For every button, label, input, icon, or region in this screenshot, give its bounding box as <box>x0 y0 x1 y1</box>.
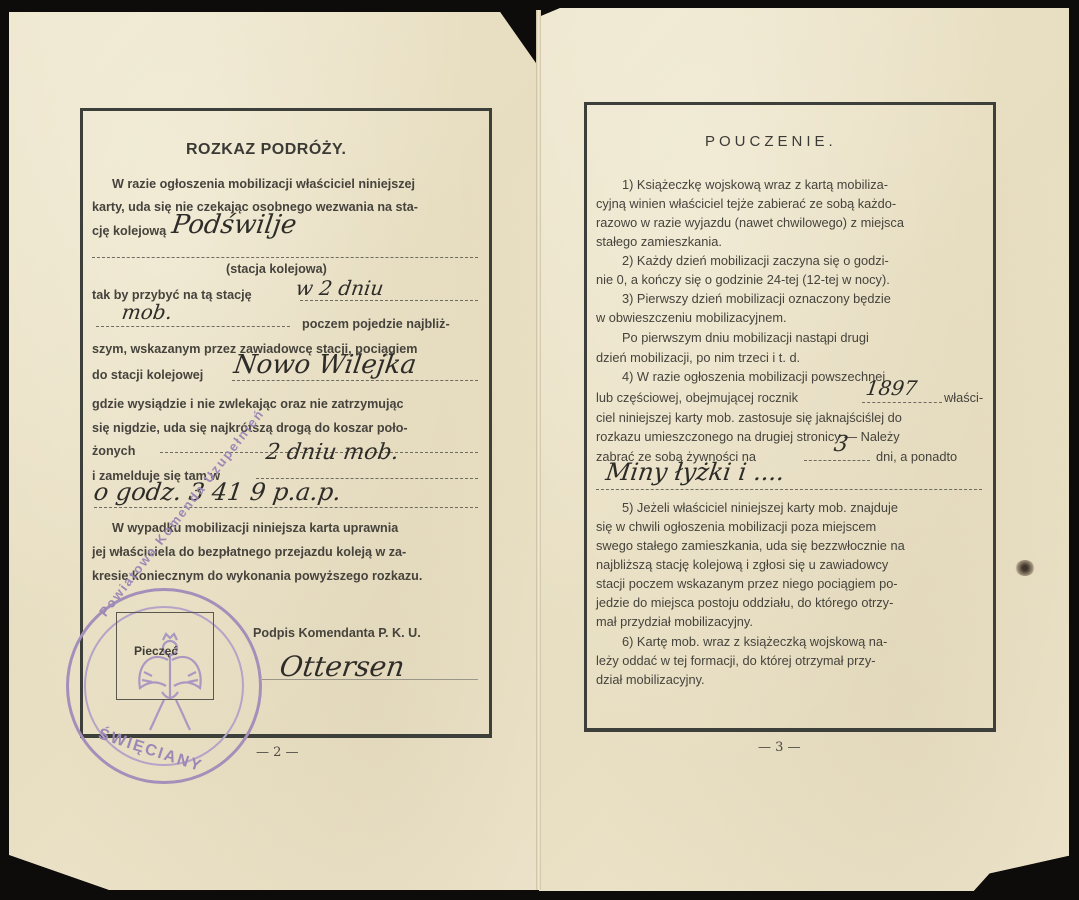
left-page-title: ROZKAZ PODRÓŻY. <box>186 141 346 159</box>
text-line: 1) Książeczkę wojskową wraz z kartą mobi… <box>622 177 888 192</box>
fill-line <box>94 507 478 508</box>
handwritten-arrival-day: w 2 dniu <box>294 276 385 300</box>
text-line: do stacji kolejowej <box>92 368 203 382</box>
handwritten-report-to: o godz. 3 41 9 p.a.p. <box>92 478 343 506</box>
signature-line <box>262 679 478 680</box>
right-page-title: POUCZENIE. <box>705 133 837 150</box>
handwritten-mob: mob. <box>120 300 174 324</box>
text-line: jedzie do miejsca postoju oddziału, do k… <box>596 595 893 610</box>
page-number-left: — 2 — <box>256 745 299 760</box>
fill-line <box>92 257 478 258</box>
text-line: w obwieszczeniu mobilizacyjnem. <box>596 310 787 325</box>
fill-line <box>300 300 478 301</box>
text-line: nie 0, a kończy się o godzinie 24-tej (1… <box>596 272 890 287</box>
text-line: cyjną winien właściciel tejże zabierać z… <box>596 196 896 211</box>
text-line: dzień mobilizacji, po nim trzeci i t. d. <box>596 350 800 365</box>
text-line: razowo w razie wyjazdu (nawet chwilowego… <box>596 215 904 230</box>
handwritten-station: Podświlje <box>170 210 299 240</box>
handwritten-extra-items: Miny łyżki i .... <box>604 458 786 486</box>
text-line: poczem pojedzie najbliż- <box>302 317 450 331</box>
text-line: najbliższą stację kolejową i zgłosi się … <box>596 557 888 572</box>
text-line: leży oddać w tej formacji, do której otr… <box>596 653 876 668</box>
text-line: 4) W razie ogłoszenia mobilizacji powsze… <box>622 369 885 384</box>
text-line: W razie ogłoszenia mobilizacji właścicie… <box>112 177 415 191</box>
text-line: 5) Jeżeli właściciel niniejszej karty mo… <box>622 500 898 515</box>
text-line: mał przydział mobilizacyjny. <box>596 614 753 629</box>
text-line: 2) Każdy dzień mobilizacji zaczyna się o… <box>622 253 889 268</box>
text-line: lub częściowej, obejmującej rocznik <box>596 390 798 405</box>
text-line: właści- <box>944 390 983 405</box>
handwritten-barracks: 2 dniu mob. <box>264 440 400 465</box>
field-caption: (stacja kolejowa) <box>226 262 327 276</box>
fill-line <box>862 402 942 403</box>
text-line: się w chwili ogłoszenia mobilizacji poza… <box>596 519 876 534</box>
text-line: ciel niniejszej karty mob. zastosuje się… <box>596 410 902 425</box>
page-number-right: — 3 — <box>758 740 801 755</box>
fill-line <box>232 380 478 381</box>
fill-line <box>96 326 290 327</box>
text-line: 6) Kartę mob. wraz z książeczką wojskową… <box>622 634 887 649</box>
text-line: stałego zamieszkania. <box>596 234 722 249</box>
handwritten-year: 1897 <box>864 376 918 400</box>
signature-label: Podpis Komendanta P. K. U. <box>253 626 421 640</box>
text-line: gdzie wysiądzie i nie zwlekając oraz nie… <box>92 397 403 411</box>
fill-line <box>596 489 982 490</box>
fill-line <box>804 460 870 461</box>
center-fold <box>536 10 541 890</box>
text-line: cję kolejową <box>92 224 166 238</box>
text-line: rozkazu umieszczonego na drugiej stronic… <box>596 429 900 444</box>
seal-label: Pieczęć <box>134 644 178 658</box>
text-line: swego stałego zamieszkania, uda się bezz… <box>596 538 905 553</box>
text-line: stacji poczem wskazanym przez niego poci… <box>596 576 898 591</box>
text-line: żonych <box>92 444 135 458</box>
handwritten-destination-station: Nowo Wilejka <box>232 350 418 380</box>
text-line: dział mobilizacyjny. <box>596 672 705 687</box>
text-line: Po pierwszym dniu mobilizacji nastąpi dr… <box>622 330 869 345</box>
ink-stain <box>1015 560 1035 576</box>
text-line: 3) Pierwszy dzień mobilizacji oznaczony … <box>622 291 891 306</box>
text-line: dni, a ponadto <box>876 449 957 464</box>
